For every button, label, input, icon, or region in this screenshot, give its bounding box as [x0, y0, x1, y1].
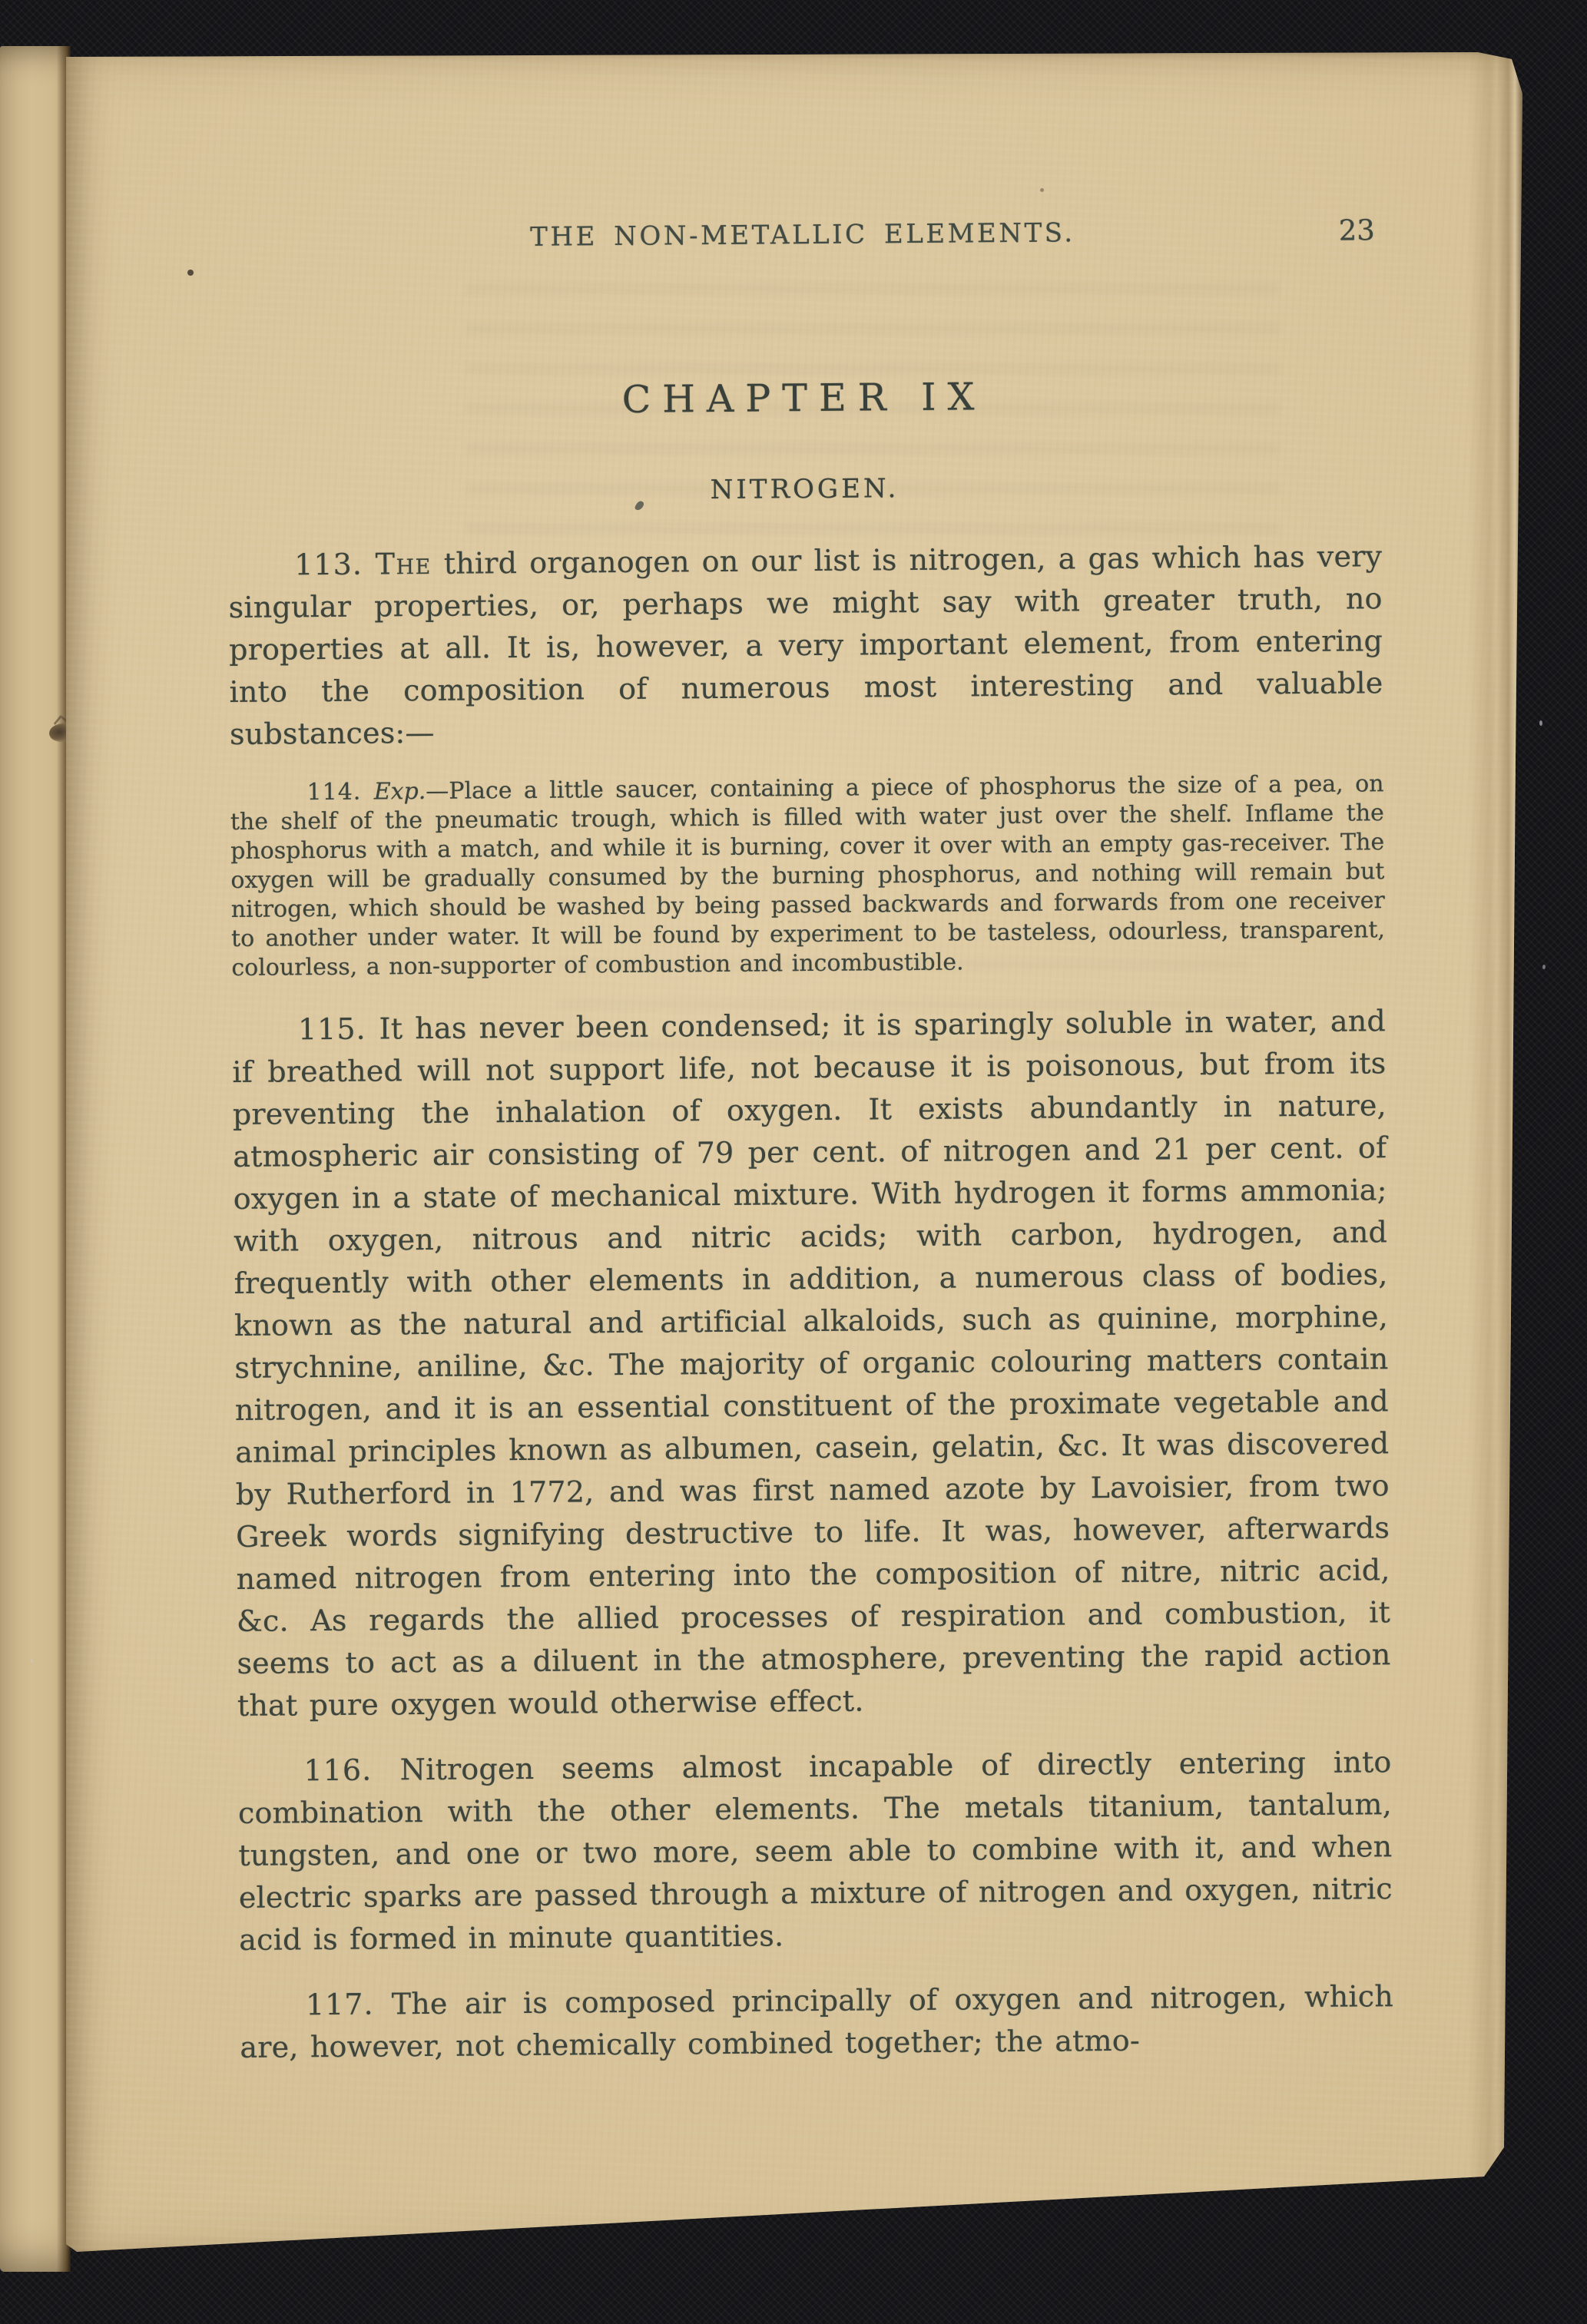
- running-head: THE NON-METALLIC ELEMENTS.: [530, 217, 1075, 253]
- chapter-heading: CHAPTER IX: [227, 372, 1380, 425]
- paragraph-115: 115. It has never been condensed; it is …: [232, 1000, 1391, 1727]
- paragraph-number: 114.: [306, 779, 373, 806]
- smallcaps-lead: The: [376, 547, 432, 581]
- paragraph-113: 113. The third organogen on our list is …: [228, 535, 1383, 756]
- ink-speck: [1040, 188, 1044, 192]
- section-heading: NITROGEN.: [227, 469, 1381, 509]
- running-head-row: THE NON-METALLIC ELEMENTS. 23: [226, 215, 1380, 258]
- ink-speck: [780, 2046, 785, 2050]
- paragraph-number: 115.: [298, 1011, 379, 1046]
- paragraph-block: 113. The third organogen on our list is …: [228, 535, 1394, 2069]
- dust-fleck: [31, 1659, 33, 1663]
- page-edge-shading: [1469, 52, 1522, 2256]
- book-page: THE NON-METALLIC ELEMENTS. 23 CHAPTER IX…: [66, 52, 1522, 2256]
- paragraph-number: 116.: [303, 1753, 399, 1787]
- ink-speck: [187, 270, 194, 276]
- paragraph-116: 116. Nitrogen seems almost incapable of …: [237, 1741, 1393, 1961]
- dust-fleck: [1542, 965, 1546, 969]
- paragraph-number: 117.: [306, 1987, 392, 2021]
- italic-lead: Exp.: [374, 778, 426, 806]
- paragraph-117: 117. The air is composed principally of …: [240, 1975, 1394, 2069]
- adjacent-page-edge: [0, 46, 71, 2272]
- dust-fleck: [1539, 720, 1542, 726]
- paragraph-114: 114. Exp.—Place a little saucer, contain…: [230, 770, 1385, 983]
- paragraph-number: 113.: [294, 547, 376, 581]
- page-number: 23: [1339, 214, 1375, 247]
- page-content: THE NON-METALLIC ELEMENTS. 23 CHAPTER IX…: [224, 43, 1394, 2092]
